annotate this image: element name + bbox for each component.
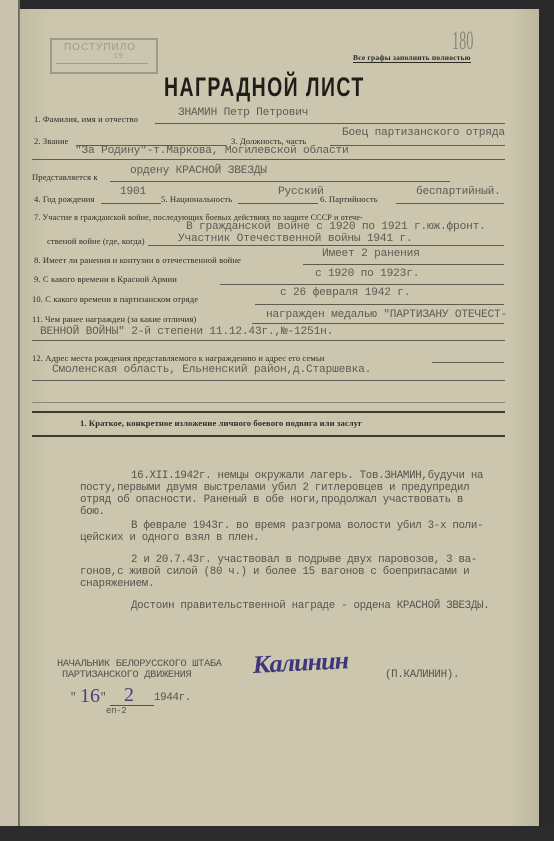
field-5-label: 5. Национальность [161,194,232,204]
body-p4-line1: Достоин правительственной награде - орде… [131,600,489,612]
presented-value: ордену КРАСНОЙ ЗВЕЗДЫ [130,165,267,177]
field-12-label: 12. Адрес места рождения представляемого… [32,353,325,363]
field-1-label: 1. Фамилия, имя и отчество [34,114,138,124]
field-5-value: Русский [278,186,324,198]
field-8-label: 8. Имеет ли ранения и контузии в отечест… [34,255,241,265]
date-close-quote: " [100,692,106,704]
field-1-value: ЗНАМИН Петр Петрович [178,107,308,119]
field-4-value: 1901 [120,186,146,198]
adjacent-page-edge [0,0,20,841]
field-12-value: Смоленская область, Ельненский район,д.С… [52,364,371,376]
received-stamp-label: ПОСТУПИЛО [64,42,136,53]
date-month: 2 [124,684,134,707]
field-9-label: 9. С какого времени в Красной Армии [34,274,177,284]
field-6-value: беспартийный. [416,186,501,198]
field-4-label: 4. Год рождения [34,194,95,204]
date-day: 16 [80,685,100,708]
body-p2-line2: цейских и одного взял в плен. [80,532,259,544]
date-open-quote: " [70,692,76,704]
field-10-value: с 26 февраля 1942 г. [280,287,410,299]
received-stamp: ПОСТУПИЛО 19 [50,38,158,74]
body-p3-line1: 2 и 20.7.43г. участвовал в подрыве двух … [131,554,477,566]
field-7-label-line2: ственой войне (где, когда) [47,236,145,246]
field-11-value-line1: награжден медалью "ПАРТИЗАНУ ОТЕЧЕСТ- [266,309,507,321]
page-number: 180 [452,26,473,56]
received-stamp-date: 19 [114,53,124,60]
signoff-position-line2: ПАРТИЗАНСКОГО ДВИЖЕНИЯ [62,669,191,681]
date-year: 1944г. [154,692,191,704]
section-heading: 1. Краткое, конкретное изложение личного… [80,418,362,428]
field-11-value-line2: ВЕННОЙ ВОЙНЫ" 2-й степени 11.12.43г.,№-1… [40,326,333,338]
body-p3-line3: снаряжением. [80,578,154,590]
field-8-value: Имеет 2 ранения [322,248,420,260]
field-7-value-line2: Участник Отечественной войны 1941 г. [178,233,413,245]
signoff-name: (П.КАЛИНИН). [385,669,459,681]
signature: Калинин [252,647,349,680]
field-3-value: Боец партизанского отряда [342,127,505,139]
field-10-label: 10. С какого времени в партизанском отря… [32,294,198,304]
body-p1-line1: 16.XII.1942г. немцы окружали лагерь. Тов… [131,470,483,482]
field-3-value-cont: "За Родину"-т.Маркова, Могилевской облас… [75,145,349,157]
body-p3-line2: гонов,с живой силой (80 ч.) и более 15 в… [80,566,469,578]
body-p1-line3: отряд об опасности. Раненый в обе ноги,п… [80,494,463,506]
body-p1-line2: посту,первыми двумя выстрелами убил 2 ги… [80,482,469,494]
scan-bottom-border [0,826,554,841]
field-6-label: 6. Партийность [320,194,378,204]
field-11-label: 11. Чем ранее награжден (за какие отличи… [32,314,196,324]
field-7-value-line1: В гражданской войне с 1920 по 1921 г.юж.… [186,221,486,233]
document-title: НАГРАДНОЙ ЛИСТ [164,72,365,103]
presented-label: Представляется к [32,172,98,182]
body-p1-line4: бою. [80,506,105,518]
field-9-value: с 1920 по 1923г. [315,268,419,280]
fill-instruction: Все графы заполнить полностью [353,53,471,63]
body-p2-line1: В феврале 1943г. во время разгрома волос… [131,520,483,532]
typist-mark: еп-2 [106,706,126,716]
field-2-label: 2. Звание [34,136,69,146]
